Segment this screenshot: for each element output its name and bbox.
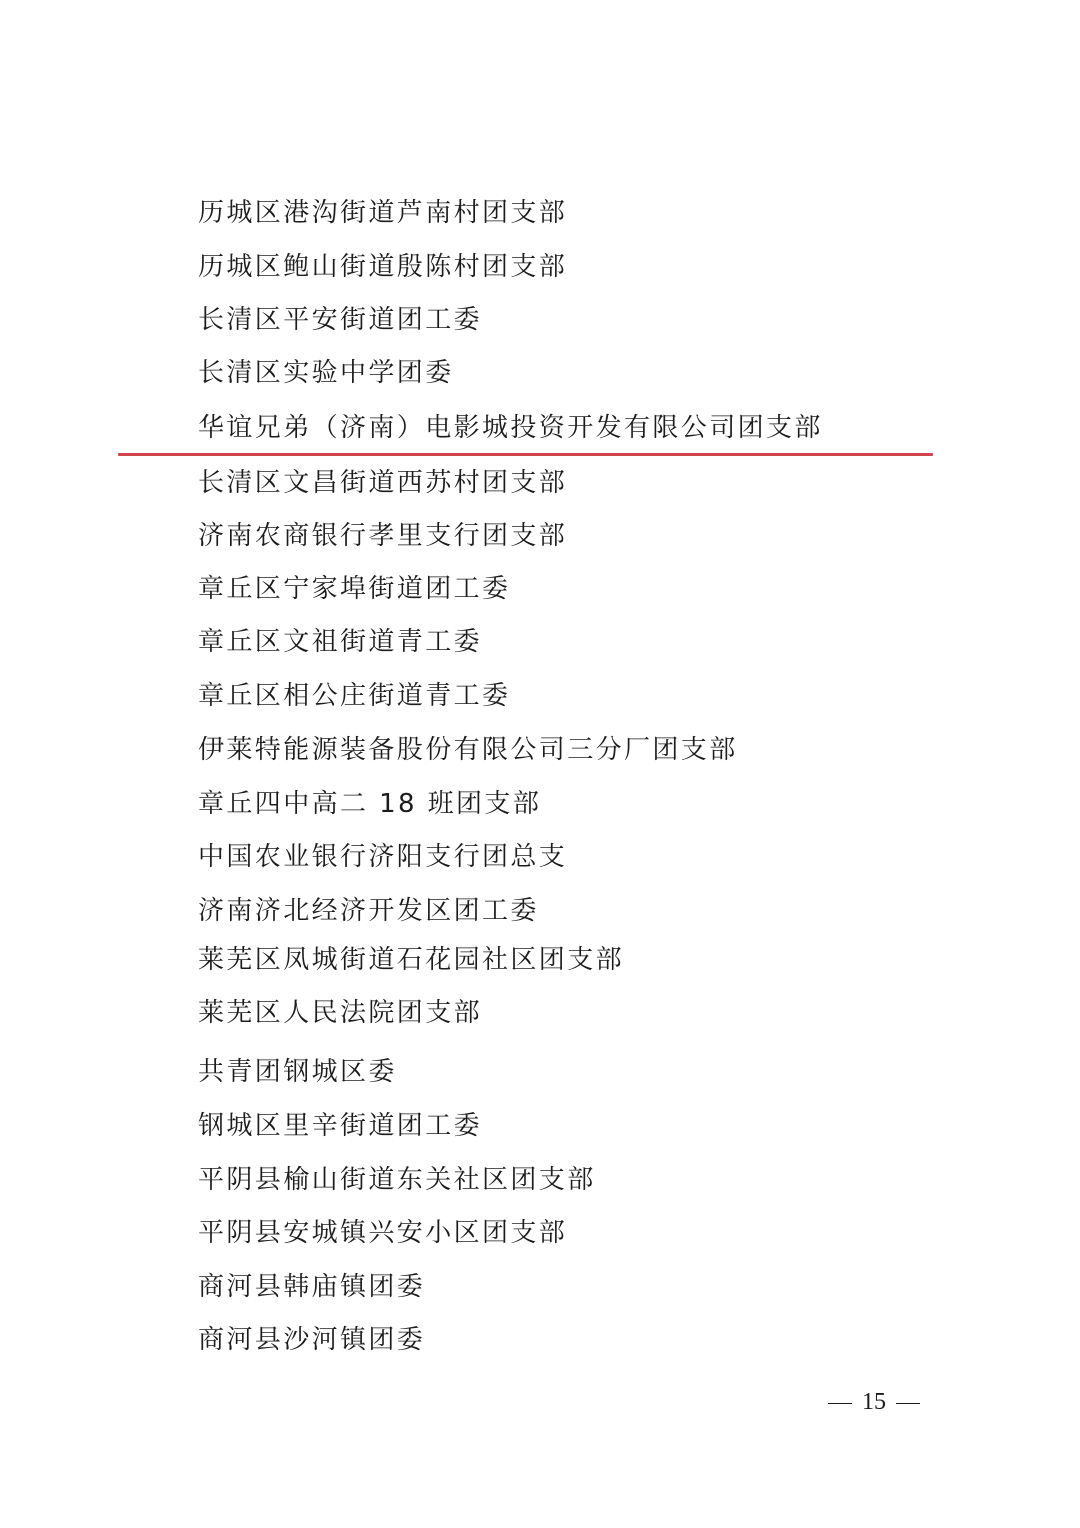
list-item: 济南农商银行孝里支行团支部 xyxy=(198,516,567,556)
list-item: 商河县沙河镇团委 xyxy=(198,1320,425,1360)
page-number: 15 xyxy=(818,1386,930,1418)
list-item: 章丘区相公庄街道青工委 xyxy=(198,676,510,716)
list-item: 长清区文昌街道西苏村团支部 xyxy=(198,463,567,503)
list-item: 章丘四中高二 18 班团支部 xyxy=(198,784,541,824)
list-item: 长清区平安街道团工委 xyxy=(198,300,482,340)
list-item: 平阴县榆山街道东关社区团支部 xyxy=(198,1160,596,1200)
dash-right xyxy=(896,1403,920,1405)
list-item: 共青团钢城区委 xyxy=(198,1052,397,1092)
red-underline-divider xyxy=(118,453,933,456)
list-item: 莱芜区人民法院团支部 xyxy=(198,993,482,1033)
list-item: 历城区港沟街道芦南村团支部 xyxy=(198,193,567,233)
page-number-value: 15 xyxy=(862,1389,886,1415)
document-page: 历城区港沟街道芦南村团支部 历城区鲍山街道殷陈村团支部 长清区平安街道团工委 长… xyxy=(0,0,1080,1528)
list-item: 钢城区里辛街道团工委 xyxy=(198,1106,482,1146)
list-item: 莱芜区凤城街道石花园社区团支部 xyxy=(198,940,624,980)
list-item: 平阴县安城镇兴安小区团支部 xyxy=(198,1213,567,1253)
list-item: 历城区鲍山街道殷陈村团支部 xyxy=(198,247,567,287)
list-item: 伊莱特能源装备股份有限公司三分厂团支部 xyxy=(198,730,738,770)
list-item: 中国农业银行济阳支行团总支 xyxy=(198,837,567,877)
list-item: 章丘区宁家埠街道团工委 xyxy=(198,569,510,609)
list-item: 商河县韩庙镇团委 xyxy=(198,1267,425,1307)
list-item: 章丘区文祖街道青工委 xyxy=(198,622,482,662)
list-item: 华谊兄弟（济南）电影城投资开发有限公司团支部 xyxy=(198,408,823,448)
list-item: 长清区实验中学团委 xyxy=(198,353,454,393)
dash-left xyxy=(828,1403,852,1405)
list-item: 济南济北经济开发区团工委 xyxy=(198,891,539,931)
